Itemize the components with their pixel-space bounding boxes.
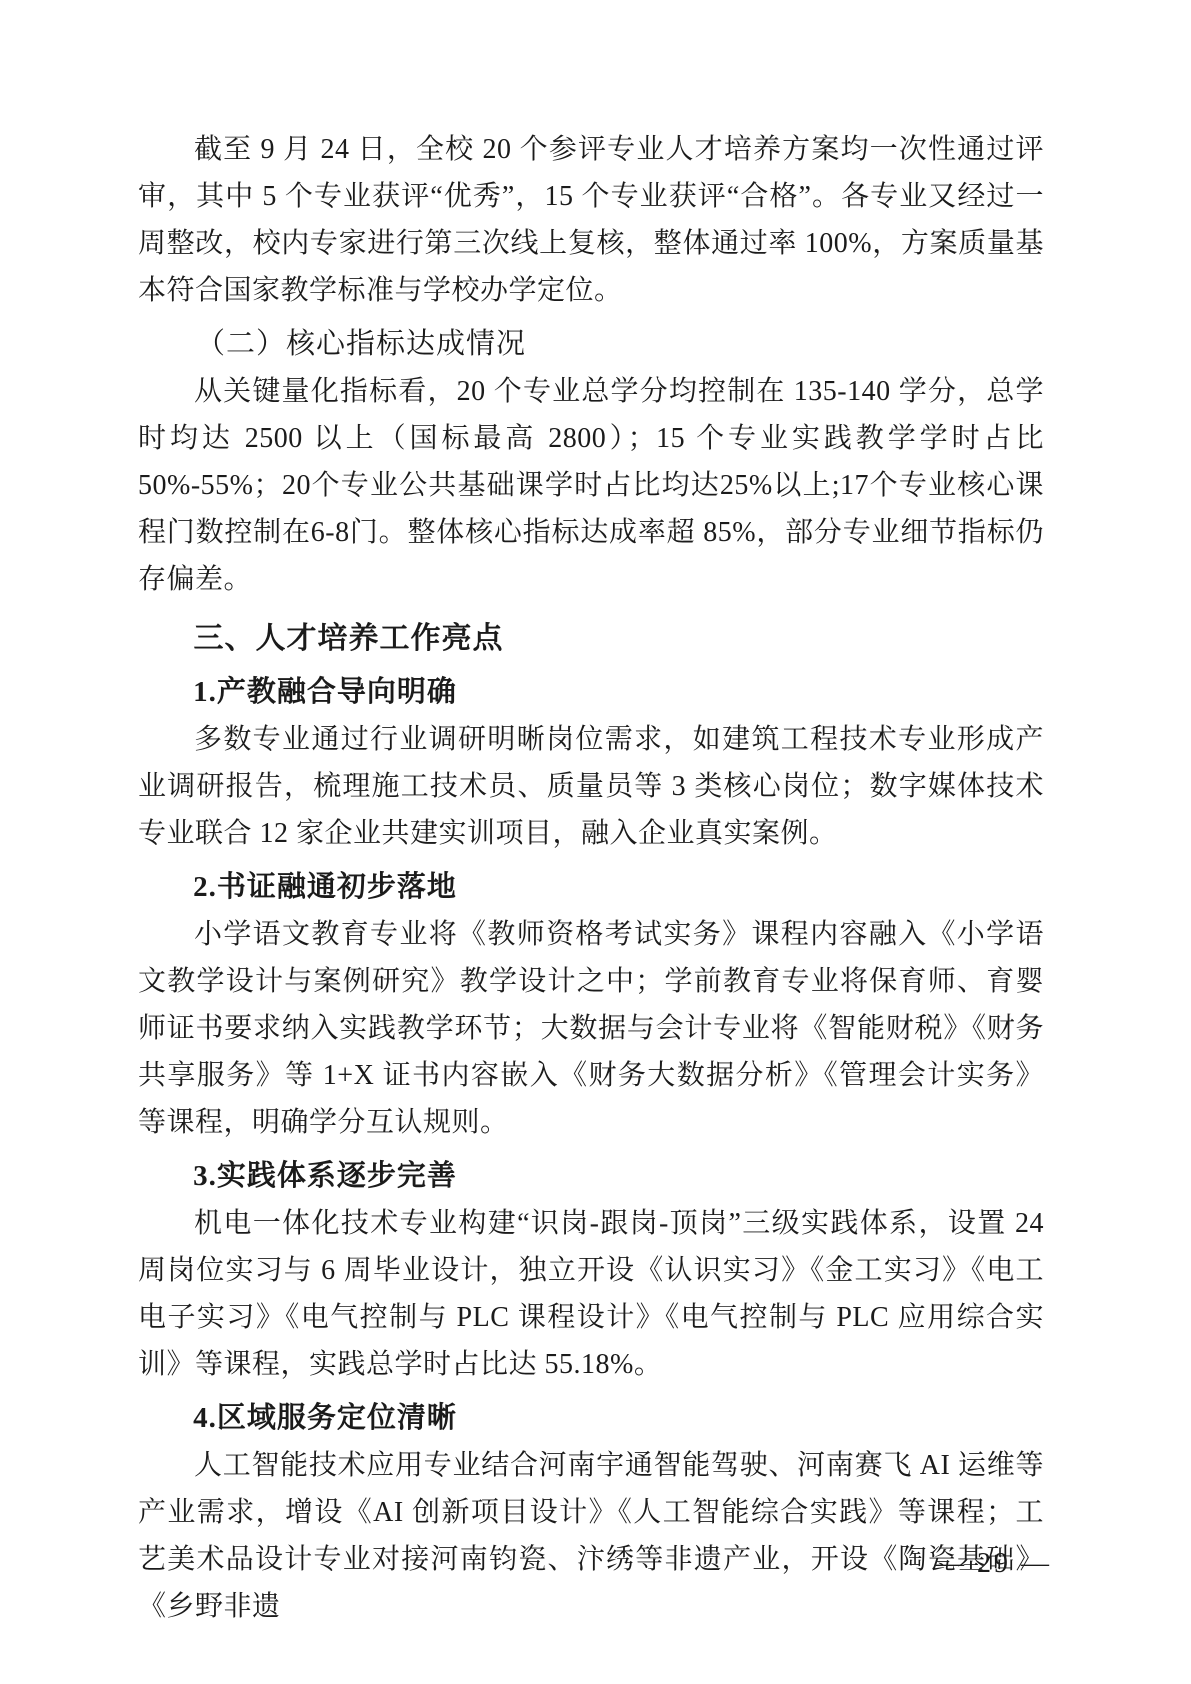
subsection-heading-certificate-integration: 2.书证融通初步落地	[138, 864, 1044, 911]
paragraph-certificate-integration: 小学语文教育专业将《教师资格考试实务》课程内容融入《小学语文教学设计与案例研究》…	[138, 911, 1044, 1146]
subsection-heading-industry-education: 1.产教融合导向明确	[138, 669, 1044, 716]
paragraph-review-results: 截至 9 月 24 日，全校 20 个参评专业人才培养方案均一次性通过评审，其中…	[138, 126, 1044, 314]
paragraph-industry-education: 多数专业通过行业调研明晰岗位需求，如建筑工程技术专业形成产业调研报告，梳理施工技…	[138, 716, 1044, 857]
paragraph-core-indicators: 从关键量化指标看，20 个专业总学分均控制在 135-140 学分，总学时均达 …	[138, 368, 1044, 603]
subsection-heading-practice-system: 3.实践体系逐步完善	[138, 1153, 1044, 1200]
section-heading-core-indicators: （二）核心指标达成情况	[138, 321, 1044, 368]
section-heading-highlights: 三、人才培养工作亮点	[138, 615, 1044, 662]
paragraph-practice-system: 机电一体化技术专业构建“识岗-跟岗-顶岗”三级实践体系，设置 24 周岗位实习与…	[138, 1200, 1044, 1388]
page-number: — 29 —	[936, 1548, 1052, 1580]
document-body: 截至 9 月 24 日，全校 20 个参评专业人才培养方案均一次性通过评审，其中…	[138, 126, 1044, 1630]
document-page: 截至 9 月 24 日，全校 20 个参评专业人才培养方案均一次性通过评审，其中…	[0, 0, 1191, 1684]
subsection-heading-regional-service: 4.区域服务定位清晰	[138, 1395, 1044, 1442]
paragraph-regional-service: 人工智能技术应用专业结合河南宇通智能驾驶、河南赛飞 AI 运维等产业需求，增设《…	[138, 1442, 1044, 1630]
